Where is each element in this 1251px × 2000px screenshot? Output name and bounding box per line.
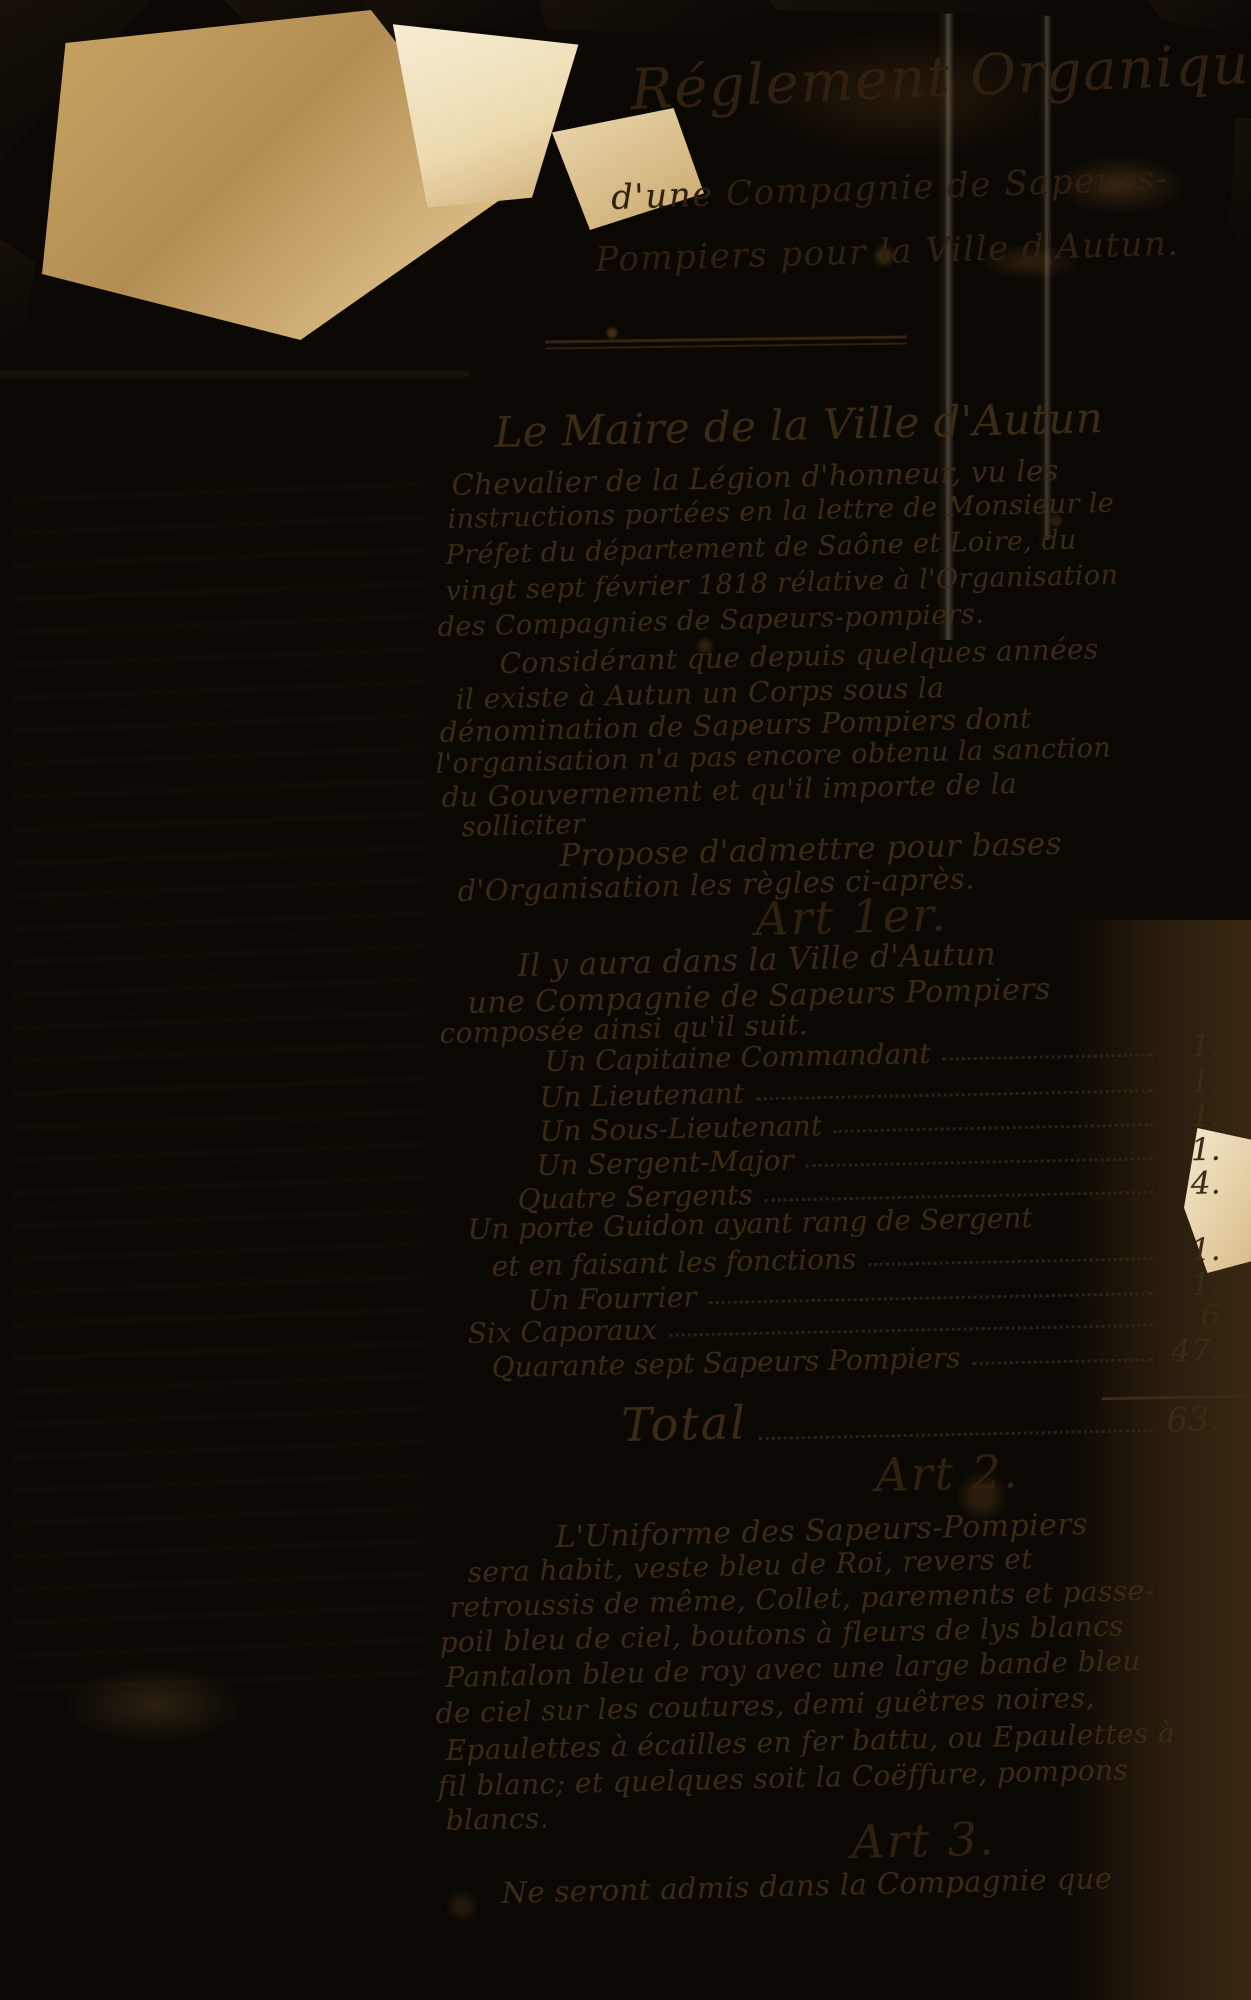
dotted-leader <box>973 1358 1153 1365</box>
dotted-leader <box>943 1053 1153 1060</box>
roster-count: 1. <box>1162 1064 1221 1101</box>
roster-count: 1. <box>1162 1132 1221 1169</box>
dotted-leader <box>756 1089 1152 1100</box>
dotted-leader <box>806 1157 1153 1167</box>
roster-count: 6 <box>1162 1298 1221 1335</box>
roster-count: 47. <box>1162 1333 1221 1370</box>
horizontal-fold-crease <box>0 368 470 380</box>
dotted-leader <box>868 1257 1152 1266</box>
article-2-line: blancs. <box>445 1801 549 1837</box>
dotted-leader <box>759 1429 1153 1440</box>
roster-count: 1. <box>1162 1232 1221 1269</box>
article-3-heading: Art 3. <box>851 1811 996 1869</box>
article-2-heading: Art 2. <box>875 1444 1020 1502</box>
dotted-leader <box>1045 1223 1153 1225</box>
total-value: 63. <box>1162 1399 1221 1440</box>
manuscript-page: Réglement Organique d'une Compagnie de S… <box>0 0 1251 2000</box>
verso-ink-show-through <box>40 520 370 1420</box>
roster-count: 1. <box>1162 1028 1221 1065</box>
dotted-leader <box>834 1123 1153 1133</box>
total-label: Total <box>621 1395 748 1452</box>
roster-count: 1. <box>1162 1098 1221 1135</box>
